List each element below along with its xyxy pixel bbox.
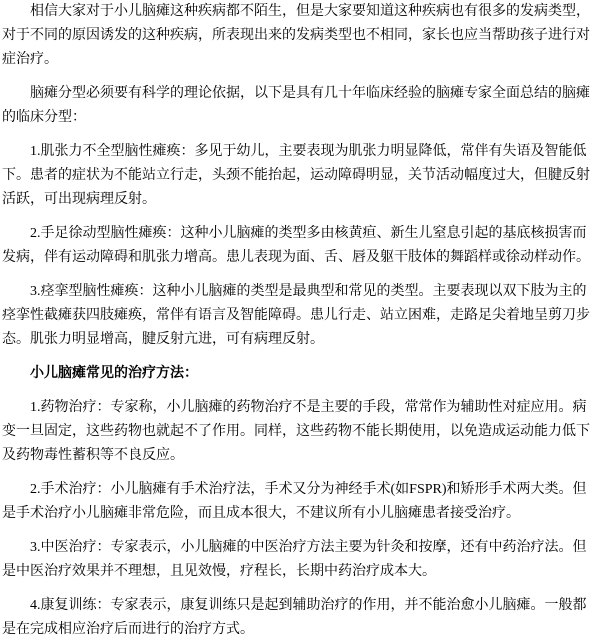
treatment-item-2: 2.手术治疗：小儿脑瘫有手术治疗法，手术又分为神经手术(如FSPR)和矫形手术两… [2,478,591,526]
treatment-item-3: 3.中医治疗：专家表示，小儿脑瘫的中医治疗方法主要为针灸和按摩，还有中药治疗法。… [2,536,591,584]
treatment-item-4: 4.康复训练：专家表示，康复训练只是起到辅助治疗的作用，并不能治愈小儿脑瘫。一般… [2,594,591,638]
article-page: 相信大家对于小儿脑瘫这种疾病都不陌生，但是大家要知道这种疾病也有很多的发病类型，… [0,0,593,638]
treatment-methods-heading: 小儿脑瘫常见的治疗方法： [2,362,591,386]
cp-type-item-2: 2.手足徐动型脑性瘫痪：这种小儿脑瘫的类型多由核黄疸、新生儿窒息引起的基底核损害… [2,222,591,270]
intro-paragraph: 相信大家对于小儿脑瘫这种疾病都不陌生，但是大家要知道这种疾病也有很多的发病类型，… [2,0,591,72]
cp-type-item-3: 3.痉挛型脑性瘫痪：这种小儿脑瘫的类型是最典型和常见的类型。主要表现以双下肢为主… [2,280,591,352]
cp-type-item-1: 1.肌张力不全型脑性瘫痪：多见于幼儿，主要表现为肌张力明显降低，常伴有失语及智能… [2,140,591,212]
treatment-item-1: 1.药物治疗：专家称，小儿脑瘫的药物治疗不是主要的手段，常常作为辅助性对症应用。… [2,396,591,468]
classification-intro-paragraph: 脑瘫分型必须要有科学的理论依据，以下是具有几十年临床经验的脑瘫专家全面总结的脑瘫… [2,82,591,130]
